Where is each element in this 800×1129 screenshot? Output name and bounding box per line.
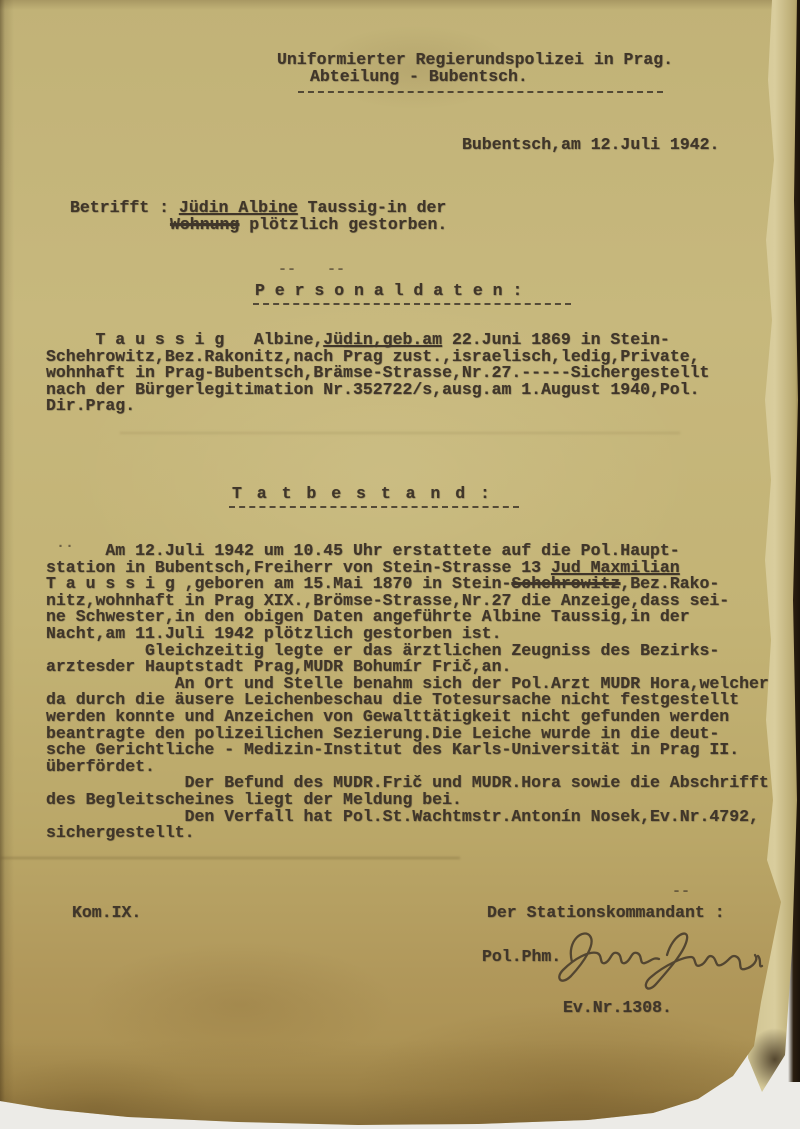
subject-line2-rest: plötzlich gestorben.: [239, 215, 447, 234]
scanned-document-page: Uniformierter Regierundspolizei in Prag.…: [0, 0, 800, 1129]
crease-line: [120, 432, 680, 434]
subject-line1-rest: Taussig-in der: [298, 198, 447, 217]
subject-struck-text: Wohnung: [170, 215, 239, 234]
personaldaten-heading: P e r s o n a l d a t e n :: [255, 283, 522, 300]
tatbestand-paragraph: Am 12.Juli 1942 um 10.45 Uhr erstattete …: [46, 543, 769, 842]
subject-block: Betrifft : Jüdin Albine Taussig-in der W…: [70, 199, 447, 233]
personaldaten-paragraph: T a u s s i g Albine,Jüdin,geb.am 22.Jun…: [46, 332, 709, 415]
crease-line: [0, 857, 460, 859]
stray-mark: --: [278, 261, 296, 278]
evidence-number: Ev.Nr.1308.: [563, 1000, 672, 1017]
pd-line4: nach der Bürgerlegitimation Nr.352722/s,…: [46, 380, 700, 399]
letterhead-line2: Abteilung - Bubentsch.: [310, 69, 528, 86]
kommissariat-number: Kom.IX.: [72, 905, 141, 922]
typed-underline: [229, 506, 519, 508]
tb-line18: sichergestellt.: [46, 823, 195, 842]
subject-underlined-text: Jüdin Albine: [179, 198, 298, 217]
paper-sheet: Uniformierter Regierundspolizei in Prag.…: [0, 0, 800, 1129]
tatbestand-heading: T a t b e s t a n d :: [232, 486, 492, 503]
dateline: Bubentsch,am 12.Juli 1942.: [462, 137, 719, 154]
subject-label: Betrifft :: [70, 198, 179, 217]
signature-graphic: [548, 920, 776, 1002]
stray-mark: --: [327, 261, 345, 278]
typed-underline: [253, 303, 571, 305]
stray-mark: --: [672, 883, 690, 900]
typed-underline: [298, 91, 663, 93]
pd-line5: Dir.Prag.: [46, 396, 135, 415]
